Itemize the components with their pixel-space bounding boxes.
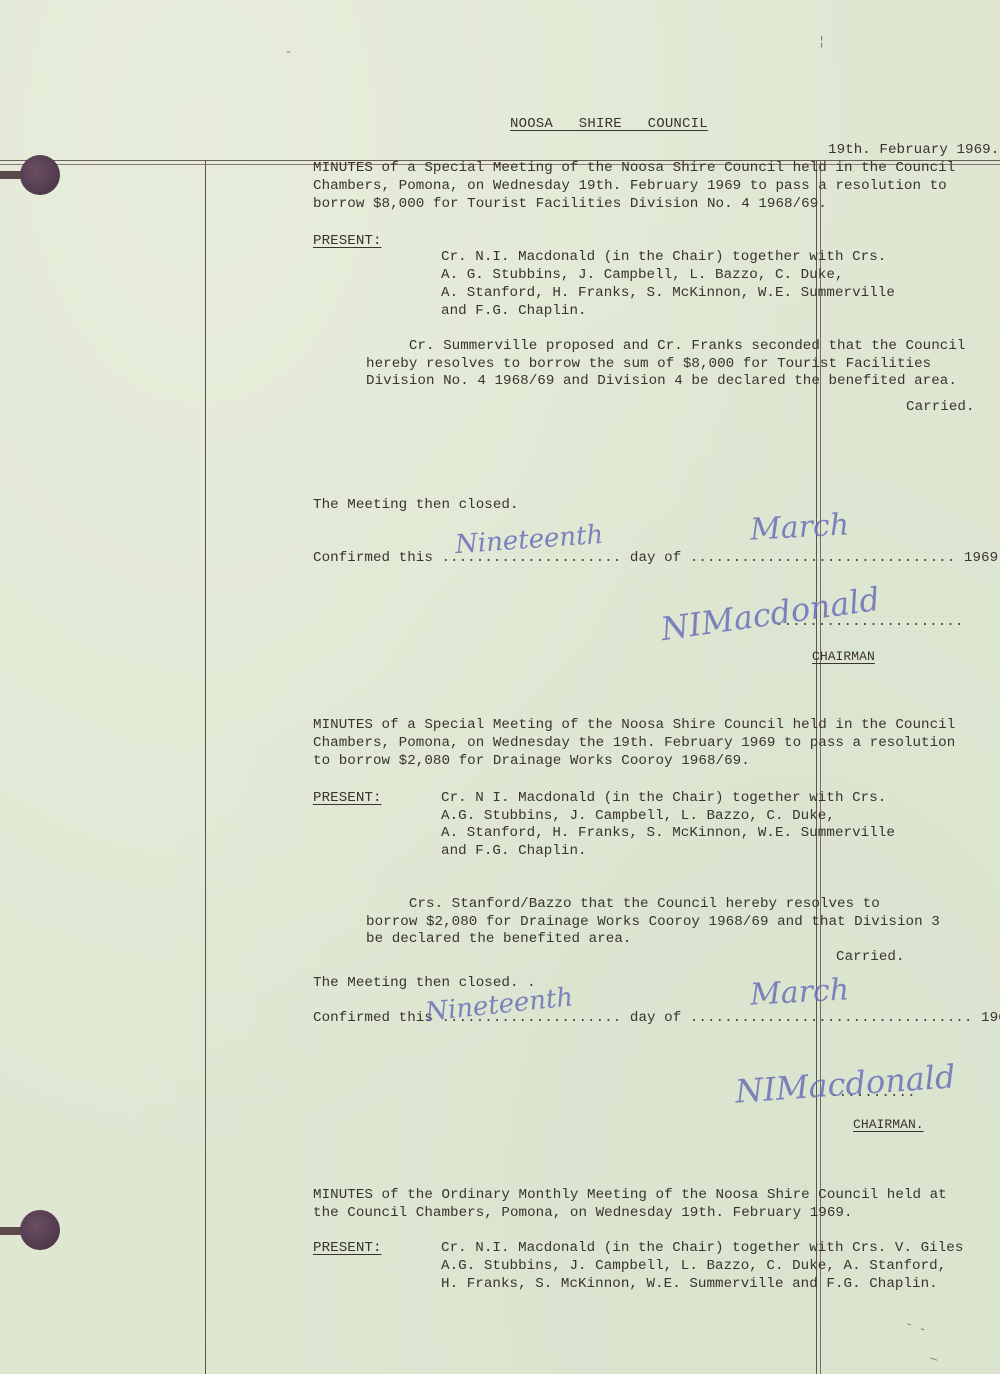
heading-line: borrow $8,000 for Tourist Facilities Div…: [313, 196, 827, 214]
present-label: PRESENT:: [313, 233, 382, 251]
chairman-label: CHAIRMAN.: [853, 1116, 924, 1134]
present-line: A. Stanford, H. Franks, S. McKinnon, W.E…: [441, 285, 895, 303]
present-line: and F.G. Chaplin.: [441, 303, 587, 321]
present-line: Cr. N.I. Macdonald (in the Chair) togeth…: [441, 1240, 963, 1258]
chairman-signature: NIMacdonald: [734, 1057, 957, 1110]
heading-line: MINUTES of the Ordinary Monthly Meeting …: [313, 1187, 947, 1205]
present-label: PRESENT:: [313, 790, 382, 808]
resolution-line: be declared the benefited area.: [366, 931, 631, 949]
council-title: NOOSA SHIRE COUNCIL: [510, 116, 708, 134]
present-line: H. Franks, S. McKinnon, W.E. Summerville…: [441, 1276, 938, 1294]
confirmation-line: Confirmed this ..................... day…: [313, 550, 1000, 568]
confirmation-line: Confirmed this ..................... day…: [313, 1010, 1000, 1028]
handwritten-month: March: [749, 507, 850, 547]
present-label: PRESENT:: [313, 1240, 382, 1258]
confirmed-mid: day of: [621, 1010, 690, 1026]
document-page: - ¦ NOOSA SHIRE COUNCIL 19th. February 1…: [0, 0, 1000, 1374]
carried-text: Carried.: [836, 949, 905, 967]
binder-hole-icon: [20, 1210, 60, 1250]
chairman-signature: NIMacdonald: [658, 580, 882, 648]
resolution-line: hereby resolves to borrow the sum of $8,…: [366, 356, 931, 374]
heading-line: MINUTES of a Special Meeting of the Noos…: [313, 717, 955, 735]
confirmed-mid: day of: [621, 550, 690, 566]
confirmed-year: 1969.: [955, 550, 1000, 566]
heading-line: MINUTES of a Special Meeting of the Noos…: [313, 160, 955, 178]
carried-text: Carried.: [906, 399, 975, 417]
present-line: A. Stanford, H. Franks, S. McKinnon, W.E…: [441, 825, 895, 843]
heading-line: Chambers, Pomona, on Wednesday 19th. Feb…: [313, 178, 947, 196]
present-line: A.G. Stubbins, J. Campbell, L. Bazzo, C.…: [441, 1258, 946, 1276]
present-line: A. G. Stubbins, J. Campbell, L. Bazzo, C…: [441, 267, 844, 285]
chairman-label: CHAIRMAN: [812, 648, 875, 666]
date-header: 19th. February 1969.: [828, 142, 999, 160]
confirmed-year: 1969: [972, 1010, 1000, 1026]
present-line: and F.G. Chaplin.: [441, 843, 587, 861]
handwritten-month: March: [749, 972, 850, 1012]
month-blank: .................................: [690, 1010, 973, 1026]
left-margin-rule: [205, 161, 206, 1374]
present-line: Cr. N.I. Macdonald (in the Chair) togeth…: [441, 249, 886, 267]
meeting-closed-text: The Meeting then closed.: [313, 497, 519, 515]
heading-line: to borrow $2,080 for Drainage Works Coor…: [313, 753, 750, 771]
present-line: Cr. N I. Macdonald (in the Chair) togeth…: [441, 790, 886, 808]
month-blank: ...............................: [690, 550, 955, 566]
resolution-line: Cr. Summerville proposed and Cr. Franks …: [366, 338, 965, 356]
heading-line: Chambers, Pomona, on Wednesday the 19th.…: [313, 735, 955, 753]
resolution-line: Division No. 4 1968/69 and Division 4 be…: [366, 373, 957, 391]
confirmed-prefix: Confirmed this: [313, 550, 441, 566]
resolution-line: Crs. Stanford/Bazzo that the Council her…: [366, 896, 880, 914]
heading-line: the Council Chambers, Pomona, on Wednesd…: [313, 1205, 853, 1223]
binder-hole-icon: [20, 155, 60, 195]
resolution-line: borrow $2,080 for Drainage Works Cooroy …: [366, 914, 940, 932]
confirmed-prefix: Confirmed this: [313, 1010, 441, 1026]
present-line: A.G. Stubbins, J. Campbell, L. Bazzo, C.…: [441, 808, 835, 826]
